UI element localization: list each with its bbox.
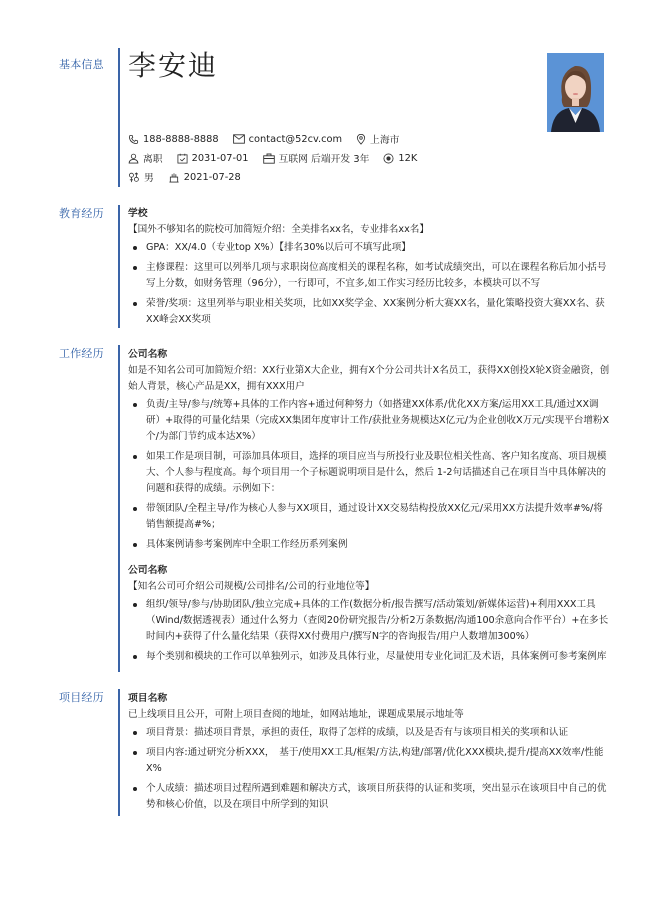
cake-icon [168,172,180,183]
gender-item: 男 [128,170,154,184]
section-label-basic: 基本信息 [59,56,104,72]
project-bullets: 项目背景：描述项目背景，承担的责任，取得了怎样的成绩，以及是否有与该项目相关的奖… [128,725,610,813]
phone-value: 188-8888-8888 [143,134,219,145]
list-item: 项目内容:通过研究分析XXX， 基于/使用XX工具/框架/方法,构建/部署/优化… [128,745,610,777]
company-name: 公司名称 [128,563,610,579]
section-bar [118,48,120,187]
school-desc: 【国外不够知名的院校可加简短介绍：全美排名xx名，专业排名xx名】 [128,222,610,238]
section-label-work: 工作经历 [59,345,104,361]
birth-date-item: 2021-07-28 [168,172,241,183]
project-body: 项目名称 已上线项目且公开，可附上项目查阅的地址，如网站地址，课题成果展示地址等… [128,691,610,817]
gender-value: 男 [144,170,154,184]
list-item: 负责/主导/参与/统筹+具体的工作内容+通过何种努力（如搭建XX体系/优化XX方… [128,397,610,445]
email-value: contact@52cv.com [249,134,342,145]
available-date-item: 2031-07-01 [177,153,249,164]
list-item: 荣誉/奖项：这里列举与职业相关奖项，比如XX奖学金、XX案例分析大赛XX名，量化… [128,296,610,328]
section-bar [118,345,120,672]
mail-icon [233,134,245,144]
section-label-project: 项目经历 [59,689,104,705]
location-pin-icon [356,134,366,145]
status-value: 离职 [143,151,163,165]
list-item: 组织/领导/参与/协助团队/独立完成+具体的工作(数据分析/报告撰写/活动策划/… [128,597,610,645]
education-bullets: GPA：XX/4.0（专业top X%）【排名30%以后可不填写此项】 主修课程… [128,240,610,328]
money-icon [383,153,394,164]
education-body: 学校 【国外不够知名的院校可加简短介绍：全美排名xx名，专业排名xx名】 GPA… [128,206,610,332]
person-icon [128,153,139,164]
available-date-value: 2031-07-01 [192,153,249,164]
list-item: 主修课程：这里可以列举几项与求职岗位高度相关的课程名称，如考试成绩突出，可以在课… [128,260,610,292]
list-item: 具体案例请参考案例库中全职工作经历系列案例 [128,537,610,553]
target-job-value: 互联网 后端开发 3年 [279,151,370,165]
project-name: 项目名称 [128,691,610,707]
calendar-icon [177,153,188,164]
contact-row-2: 离职 2031-07-01 互联网 后端开发 3年 12K [128,151,431,165]
section-label-education: 教育经历 [59,205,104,221]
status-item: 离职 [128,151,163,165]
gender-icon [128,172,140,183]
work-bullets: 组织/领导/参与/协助团队/独立完成+具体的工作(数据分析/报告撰写/活动策划/… [128,597,610,665]
contact-row-1: 188-8888-8888 contact@52cv.com 上海市 [128,132,413,146]
school-name: 学校 [128,206,610,222]
work-bullets: 负责/主导/参与/统筹+具体的工作内容+通过何种努力（如搭建XX体系/优化XX方… [128,397,610,553]
email-item: contact@52cv.com [233,134,342,145]
candidate-name: 李安迪 [128,50,610,82]
phone-item: 188-8888-8888 [128,134,219,145]
list-item: GPA：XX/4.0（专业top X%）【排名30%以后可不填写此项】 [128,240,610,256]
location-item: 上海市 [356,132,399,146]
company-desc: 【知名公司可介绍公司规模/公司排名/公司的行业地位等】 [128,579,610,595]
profile-photo [547,53,604,132]
list-item: 带领团队/全程主导/作为核心人参与XX项目，通过设计XX交易结构投放XX亿元/采… [128,501,610,533]
salary-item: 12K [383,153,417,164]
salary-value: 12K [398,153,417,164]
location-value: 上海市 [370,132,399,146]
basic-info-body: 李安迪 188-8888-8888 contact@52cv.com 上海市 离… [128,50,610,82]
list-item: 如果工作是项目制，可添加具体项目，选择的项目应当与所投行业及职位相关性高、客户知… [128,449,610,497]
section-bar [118,689,120,816]
birth-date-value: 2021-07-28 [184,172,241,183]
work-body: 公司名称 如是不知名公司可加简短介绍：XX行业第X大企业，拥有X个分公司共计X名… [128,347,610,669]
list-item: 每个类别和模块的工作可以单独列示，如涉及具体行业，尽量使用专业化词汇及术语，具体… [128,649,610,665]
company-desc: 如是不知名公司可加简短介绍：XX行业第X大企业，拥有X个分公司共计X名员工，获得… [128,363,610,395]
phone-icon [128,134,139,145]
list-item: 项目背景：描述项目背景，承担的责任，取得了怎样的成绩，以及是否有与该项目相关的奖… [128,725,610,741]
project-desc: 已上线项目且公开，可附上项目查阅的地址，如网站地址，课题成果展示地址等 [128,707,610,723]
briefcase-icon [263,153,275,164]
contact-row-3: 男 2021-07-28 [128,170,255,184]
company-name: 公司名称 [128,347,610,363]
list-item: 个人成绩：描述项目过程所遇到难题和解决方式，该项目所获得的认证和奖项，突出显示在… [128,781,610,813]
section-bar [118,205,120,328]
target-job-item: 互联网 后端开发 3年 [263,151,370,165]
